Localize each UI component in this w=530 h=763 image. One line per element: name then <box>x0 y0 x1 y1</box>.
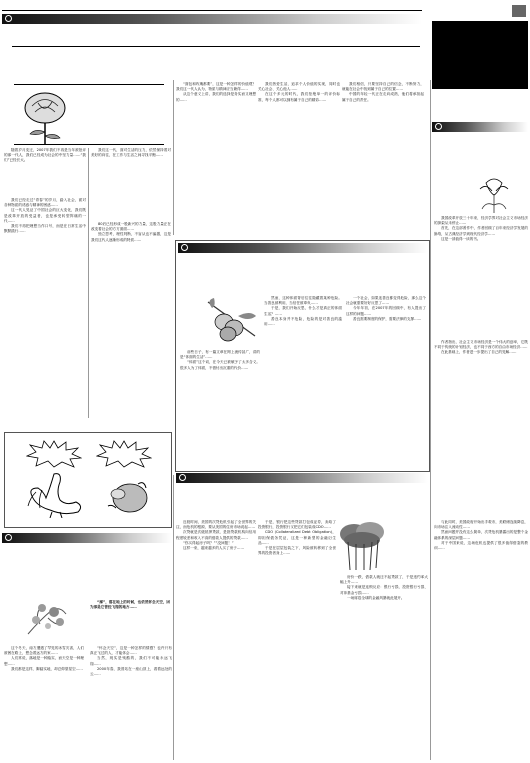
section-icon <box>179 474 186 481</box>
page-number <box>512 5 526 17</box>
masthead <box>432 3 528 83</box>
section-icon <box>435 123 442 130</box>
column-rule <box>88 148 89 418</box>
article-body-text: 我们热爱生活，追求个人价值的实现，同时也关心社会、关心他人……在这个多元的时代，… <box>258 82 340 232</box>
section-bar-foreign-perspective <box>176 473 428 483</box>
rose-illustration-icon <box>20 88 70 146</box>
divider <box>14 84 164 85</box>
section-bar-academic-books <box>432 122 528 132</box>
article-body-text: 随着岁月变迁，2007年我们不再是当年被批评的那一代人，我们已经成为社会的中坚力… <box>4 148 86 172</box>
article-body-text: 与此同时，美国政府开始出手救市，美联储连续降息，向市场注入流动性……然而问题并没… <box>434 520 528 760</box>
section-bar-philosophy-essay <box>2 533 172 543</box>
section-bar-opinion <box>178 243 428 253</box>
article-body-text: 于是，银行把这些贷款打包成证券，卖给了投资银行，投资银行又把它们包装成CDO……… <box>258 520 336 760</box>
article-body-text: 一个社会，如果连善良都变得危险，那么这个社会就需要好好反思了……今年年初，在20… <box>346 296 426 468</box>
article-body-text: “怀念天空”，这是一种怎样的情感？也许只有真正飞过的人，才能体会……当然，现实是… <box>90 646 172 760</box>
divider <box>14 144 164 145</box>
article-body-text: 我们相信，只要坚持自己的信念，不断努力，就能在社会中找到属于自己的位置……中国的… <box>342 82 424 232</box>
article-body-text: 房价一跌，借款人就还不起贷款了，于是违约率大幅上升……接下来就是连锁反应：银行亏… <box>340 575 428 760</box>
section-icon <box>5 15 12 22</box>
article-intro <box>72 88 162 140</box>
speech-burst-icon <box>26 440 82 468</box>
article-body-text: 前些日子，有一篇文章在网上流传甚广，讲的是“体面的生活”……“体面”这个词，在今… <box>180 350 260 468</box>
divider <box>12 46 420 47</box>
pig-icon <box>104 478 150 516</box>
section-icon <box>5 534 12 541</box>
article-body-text: 这个冬天，南方遭遇了罕见的冰雪灾害，人们被困在路上，想念着远方的家……人们常说，… <box>4 646 84 760</box>
article-body-text: “面包和玫瑰都要”，这是一种怎样的价值观？我们这一代人认为，物质与精神应当兼得…… <box>176 82 256 232</box>
article-body-text: 然而，这种体面背后往往隐藏着某种危险。当善良被利用，当信任被辜负……于是，我们开… <box>264 296 342 468</box>
peach-branch-icon <box>200 296 260 346</box>
paper-name-en <box>432 79 528 89</box>
rooster-icon <box>24 470 88 518</box>
article-body-text: 作者指出，社会主义市场经济是一个伟大的创举，它既不同于传统的计划经济，也不同于西… <box>434 340 528 470</box>
article-body-text: 我们已经走过“青春”的岁月，踏入社会，面对各种物质的诱惑与精神的困惑……这一代人… <box>4 198 86 368</box>
header-info-line <box>2 2 422 11</box>
article-body-text: 我们这一代，面对生活的压力，依然保持着对美好的向往，在工作与生活之间寻找平衡…… <box>91 148 171 196</box>
column-rule <box>173 80 174 235</box>
article-body-text: “雁”，落在地上的时候，也依然怀念天空，因为那是它曾经飞翔的地方…… <box>90 600 170 640</box>
section-banner <box>432 21 528 79</box>
speech-burst-icon <box>96 440 152 468</box>
column-rule <box>173 475 174 760</box>
section-bar-scholar-forum <box>2 14 422 24</box>
article-body-text: 近段时间，美国的次贷危机引起了全世界的关注，而危机的根源，要从美国的住房市场说起… <box>176 520 256 760</box>
article-body-text: 我国改革开放三十年来，经济学界对社会主义市场经济的探索从未停止……首先，在这部著… <box>434 216 528 336</box>
iris-flower-icon <box>476 175 512 215</box>
flower-sketch-icon <box>20 600 70 642</box>
section-icon <box>181 244 188 251</box>
trees-icon <box>338 520 386 572</box>
column-rule <box>430 80 431 760</box>
article-body-text: 80后已经形成一股新兴的力量，这股力量正在改变着社会的方方面面……独立思考，理性… <box>91 222 171 418</box>
